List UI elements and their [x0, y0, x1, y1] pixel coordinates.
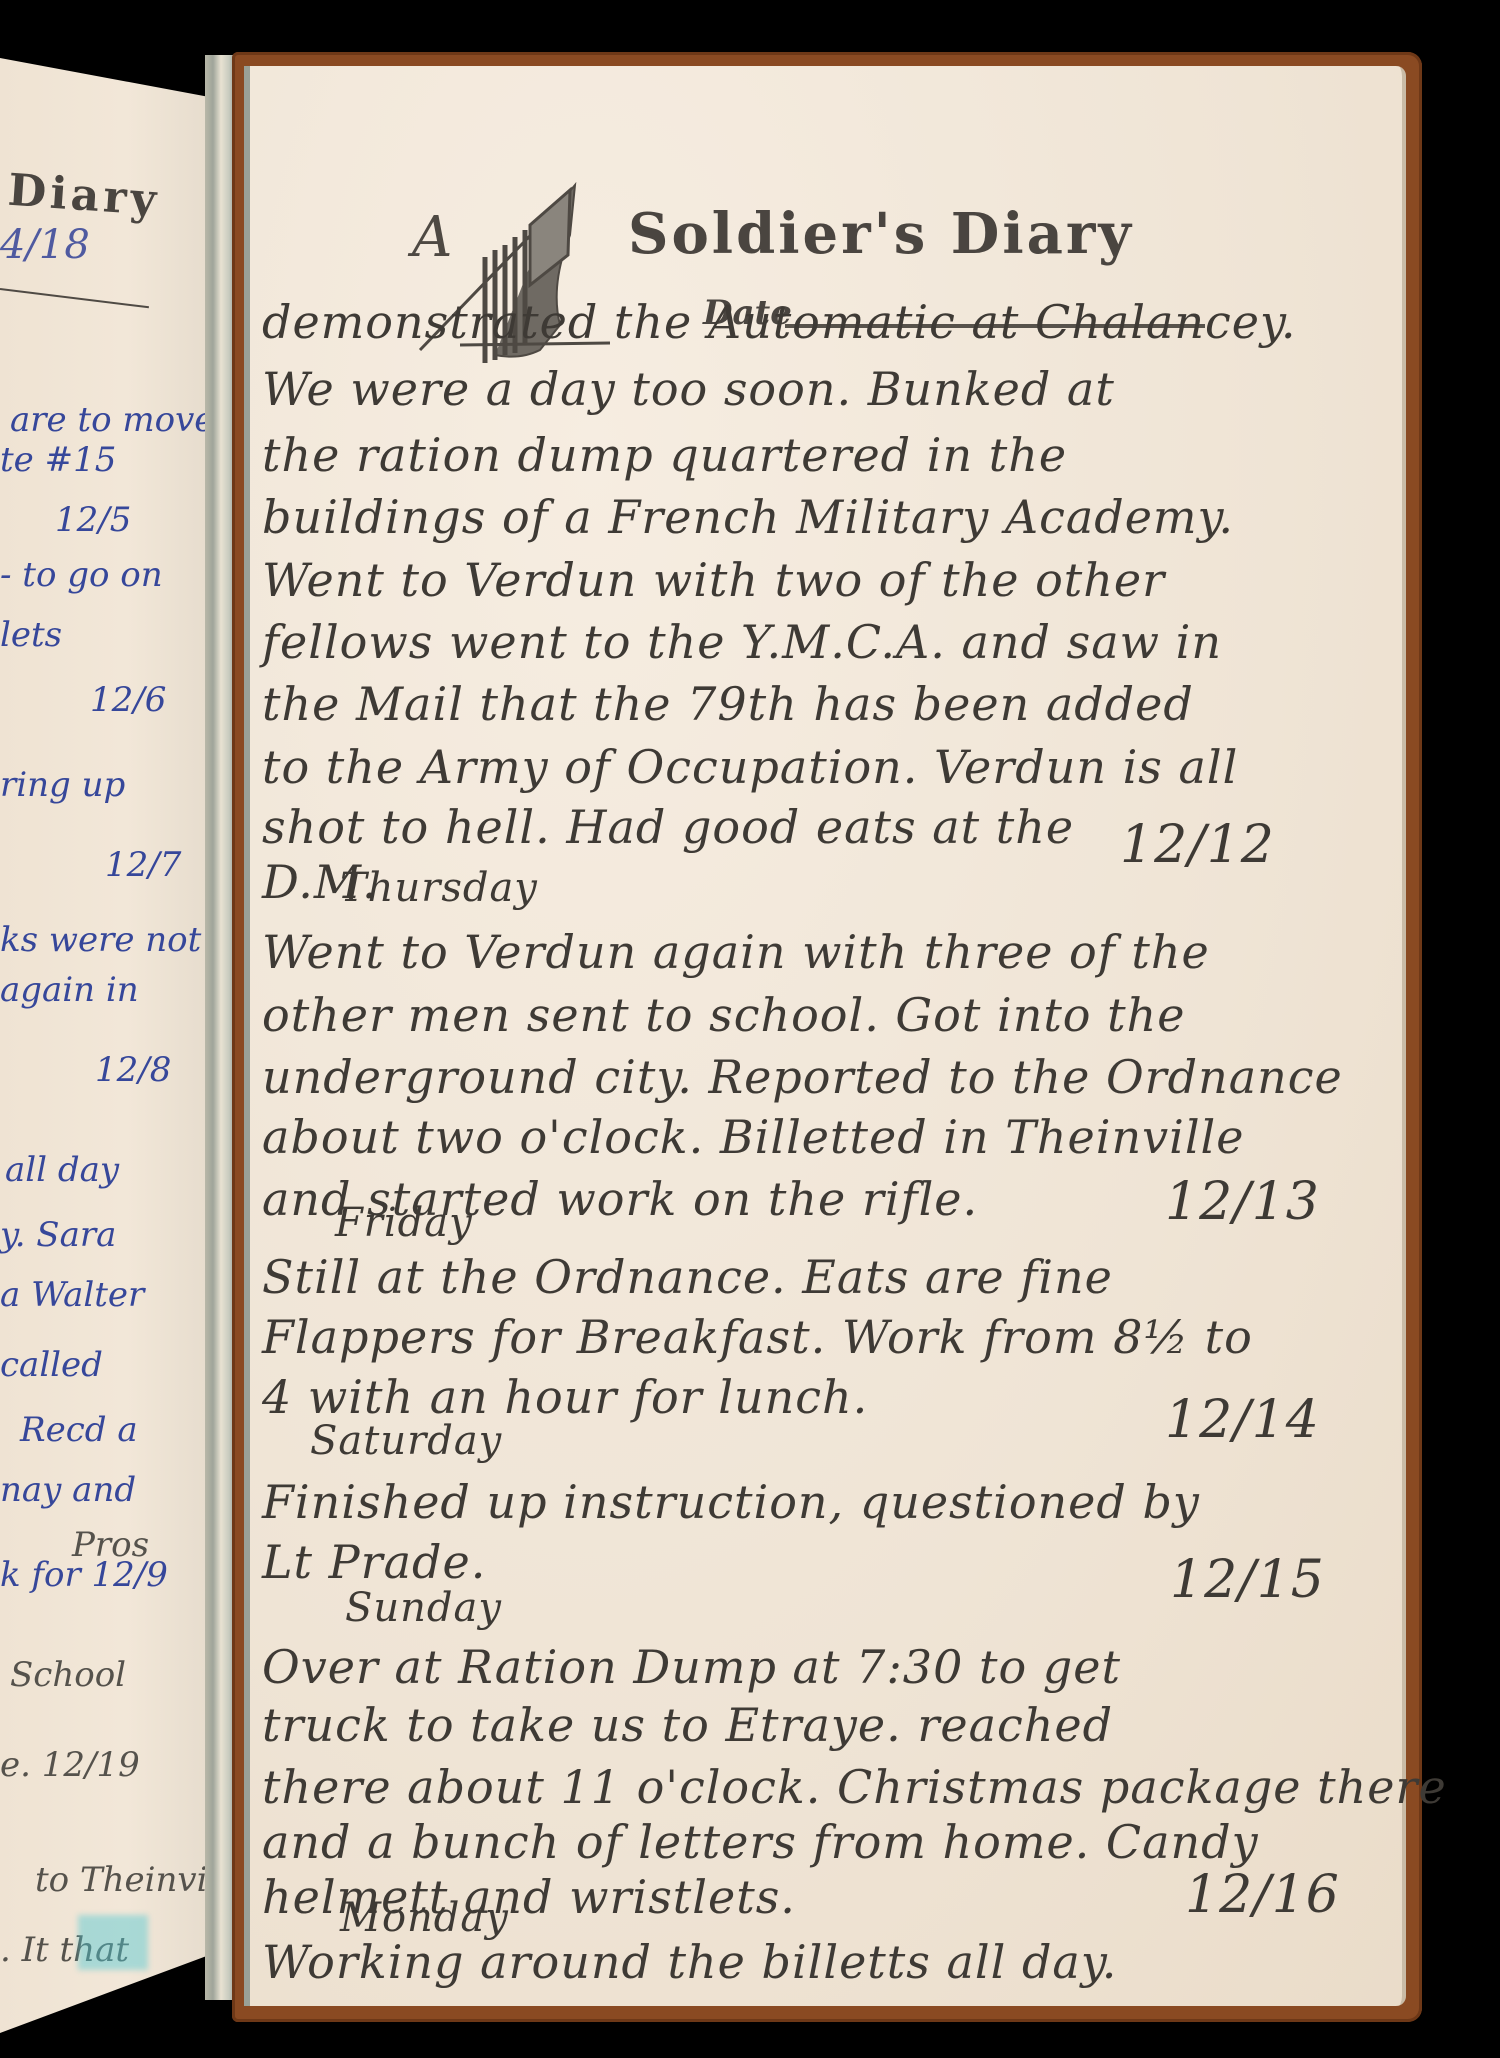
left-page-line: 12/6 — [90, 680, 166, 720]
entry-line: demonstrated the Automatic at Chalancey. — [262, 295, 1297, 349]
entry-line: the ration dump quartered in the — [262, 428, 1067, 482]
entry-line: truck to take us to Etraye. reached — [262, 1698, 1113, 1752]
left-page-line: called — [0, 1345, 103, 1385]
entry-date: 12/16 — [1185, 1865, 1340, 1925]
left-page-line: 12/5 — [55, 500, 131, 540]
entry-line: Working around the billetts all day. — [262, 1935, 1117, 1989]
entry-weekday: Friday — [335, 1200, 473, 1246]
entry-line: Lt Prade. — [262, 1535, 486, 1589]
page-title: Soldier's Diary — [628, 201, 1134, 267]
entry-line: about two o'clock. Billetted in Theinvil… — [262, 1110, 1244, 1164]
left-page-line: 12/8 — [95, 1050, 171, 1090]
entry-weekday: Thursday — [340, 865, 538, 911]
entry-line: We were a day too soon. Bunked at — [262, 362, 1115, 416]
entry-line: Over at Ration Dump at 7:30 to get — [262, 1640, 1121, 1694]
left-page-line: again in — [0, 970, 139, 1010]
left-page-title-fragment: Diary — [6, 165, 161, 226]
left-page-line: all day — [5, 1150, 119, 1190]
entry-line: fellows went to the Y.M.C.A. and saw in — [262, 615, 1222, 669]
page-margin-rule — [244, 66, 250, 2006]
left-page-line: School — [10, 1655, 126, 1695]
left-page-line: y. Sara — [0, 1215, 116, 1255]
left-page — [0, 58, 212, 2033]
entry-weekday: Saturday — [310, 1418, 502, 1464]
entry-line: and a bunch of letters from home. Candy — [262, 1815, 1259, 1869]
left-page-line: - to go on — [0, 555, 163, 595]
entry-line: there about 11 o'clock. Christmas packag… — [262, 1760, 1447, 1814]
left-page-line: e. 12/19 — [0, 1745, 140, 1785]
entry-line: Went to Verdun again with three of the — [262, 925, 1210, 979]
left-page-line: k for 12/9 — [0, 1555, 168, 1595]
left-page-line: nay and — [0, 1470, 136, 1510]
entry-date: 12/12 — [1120, 815, 1275, 875]
entry-line: Went to Verdun with two of the other — [262, 553, 1165, 607]
entry-line: to the Army of Occupation. Verdun is all — [262, 740, 1238, 794]
entry-line: Flappers for Breakfast. Work from 8½ to — [262, 1310, 1253, 1364]
entry-line: shot to hell. Had good eats at the — [262, 800, 1074, 854]
entry-date: 12/14 — [1165, 1390, 1320, 1450]
entry-line: Still at the Ordnance. Eats are fine — [262, 1250, 1113, 1304]
left-page-line: 12/7 — [105, 845, 181, 885]
header-prefix: A — [412, 205, 452, 270]
entry-weekday: Sunday — [345, 1585, 502, 1631]
left-page-line: Recd a — [20, 1410, 138, 1450]
left-page-date-fragment: 4/18 — [0, 222, 90, 268]
entry-line: other men sent to school. Got into the — [262, 988, 1185, 1042]
entry-line: underground city. Reported to the Ordnan… — [262, 1050, 1343, 1104]
ink-stain — [78, 1915, 148, 1970]
entry-date: 12/13 — [1165, 1172, 1320, 1232]
left-page-line: te #15 — [0, 440, 116, 480]
left-page-line: ring up — [0, 765, 125, 805]
left-page-line: a Walter — [0, 1275, 144, 1315]
entry-date: 12/15 — [1170, 1550, 1325, 1610]
left-page-line: ks were not — [0, 920, 201, 960]
left-page-line: are to move — [10, 400, 214, 440]
entry-line: the Mail that the 79th has been added — [262, 677, 1194, 731]
left-page-line: lets — [0, 615, 62, 655]
entry-line: 4 with an hour for lunch. — [262, 1370, 868, 1424]
entry-line: Finished up instruction, questioned by — [262, 1475, 1200, 1529]
entry-line: buildings of a French Military Academy. — [262, 490, 1234, 544]
